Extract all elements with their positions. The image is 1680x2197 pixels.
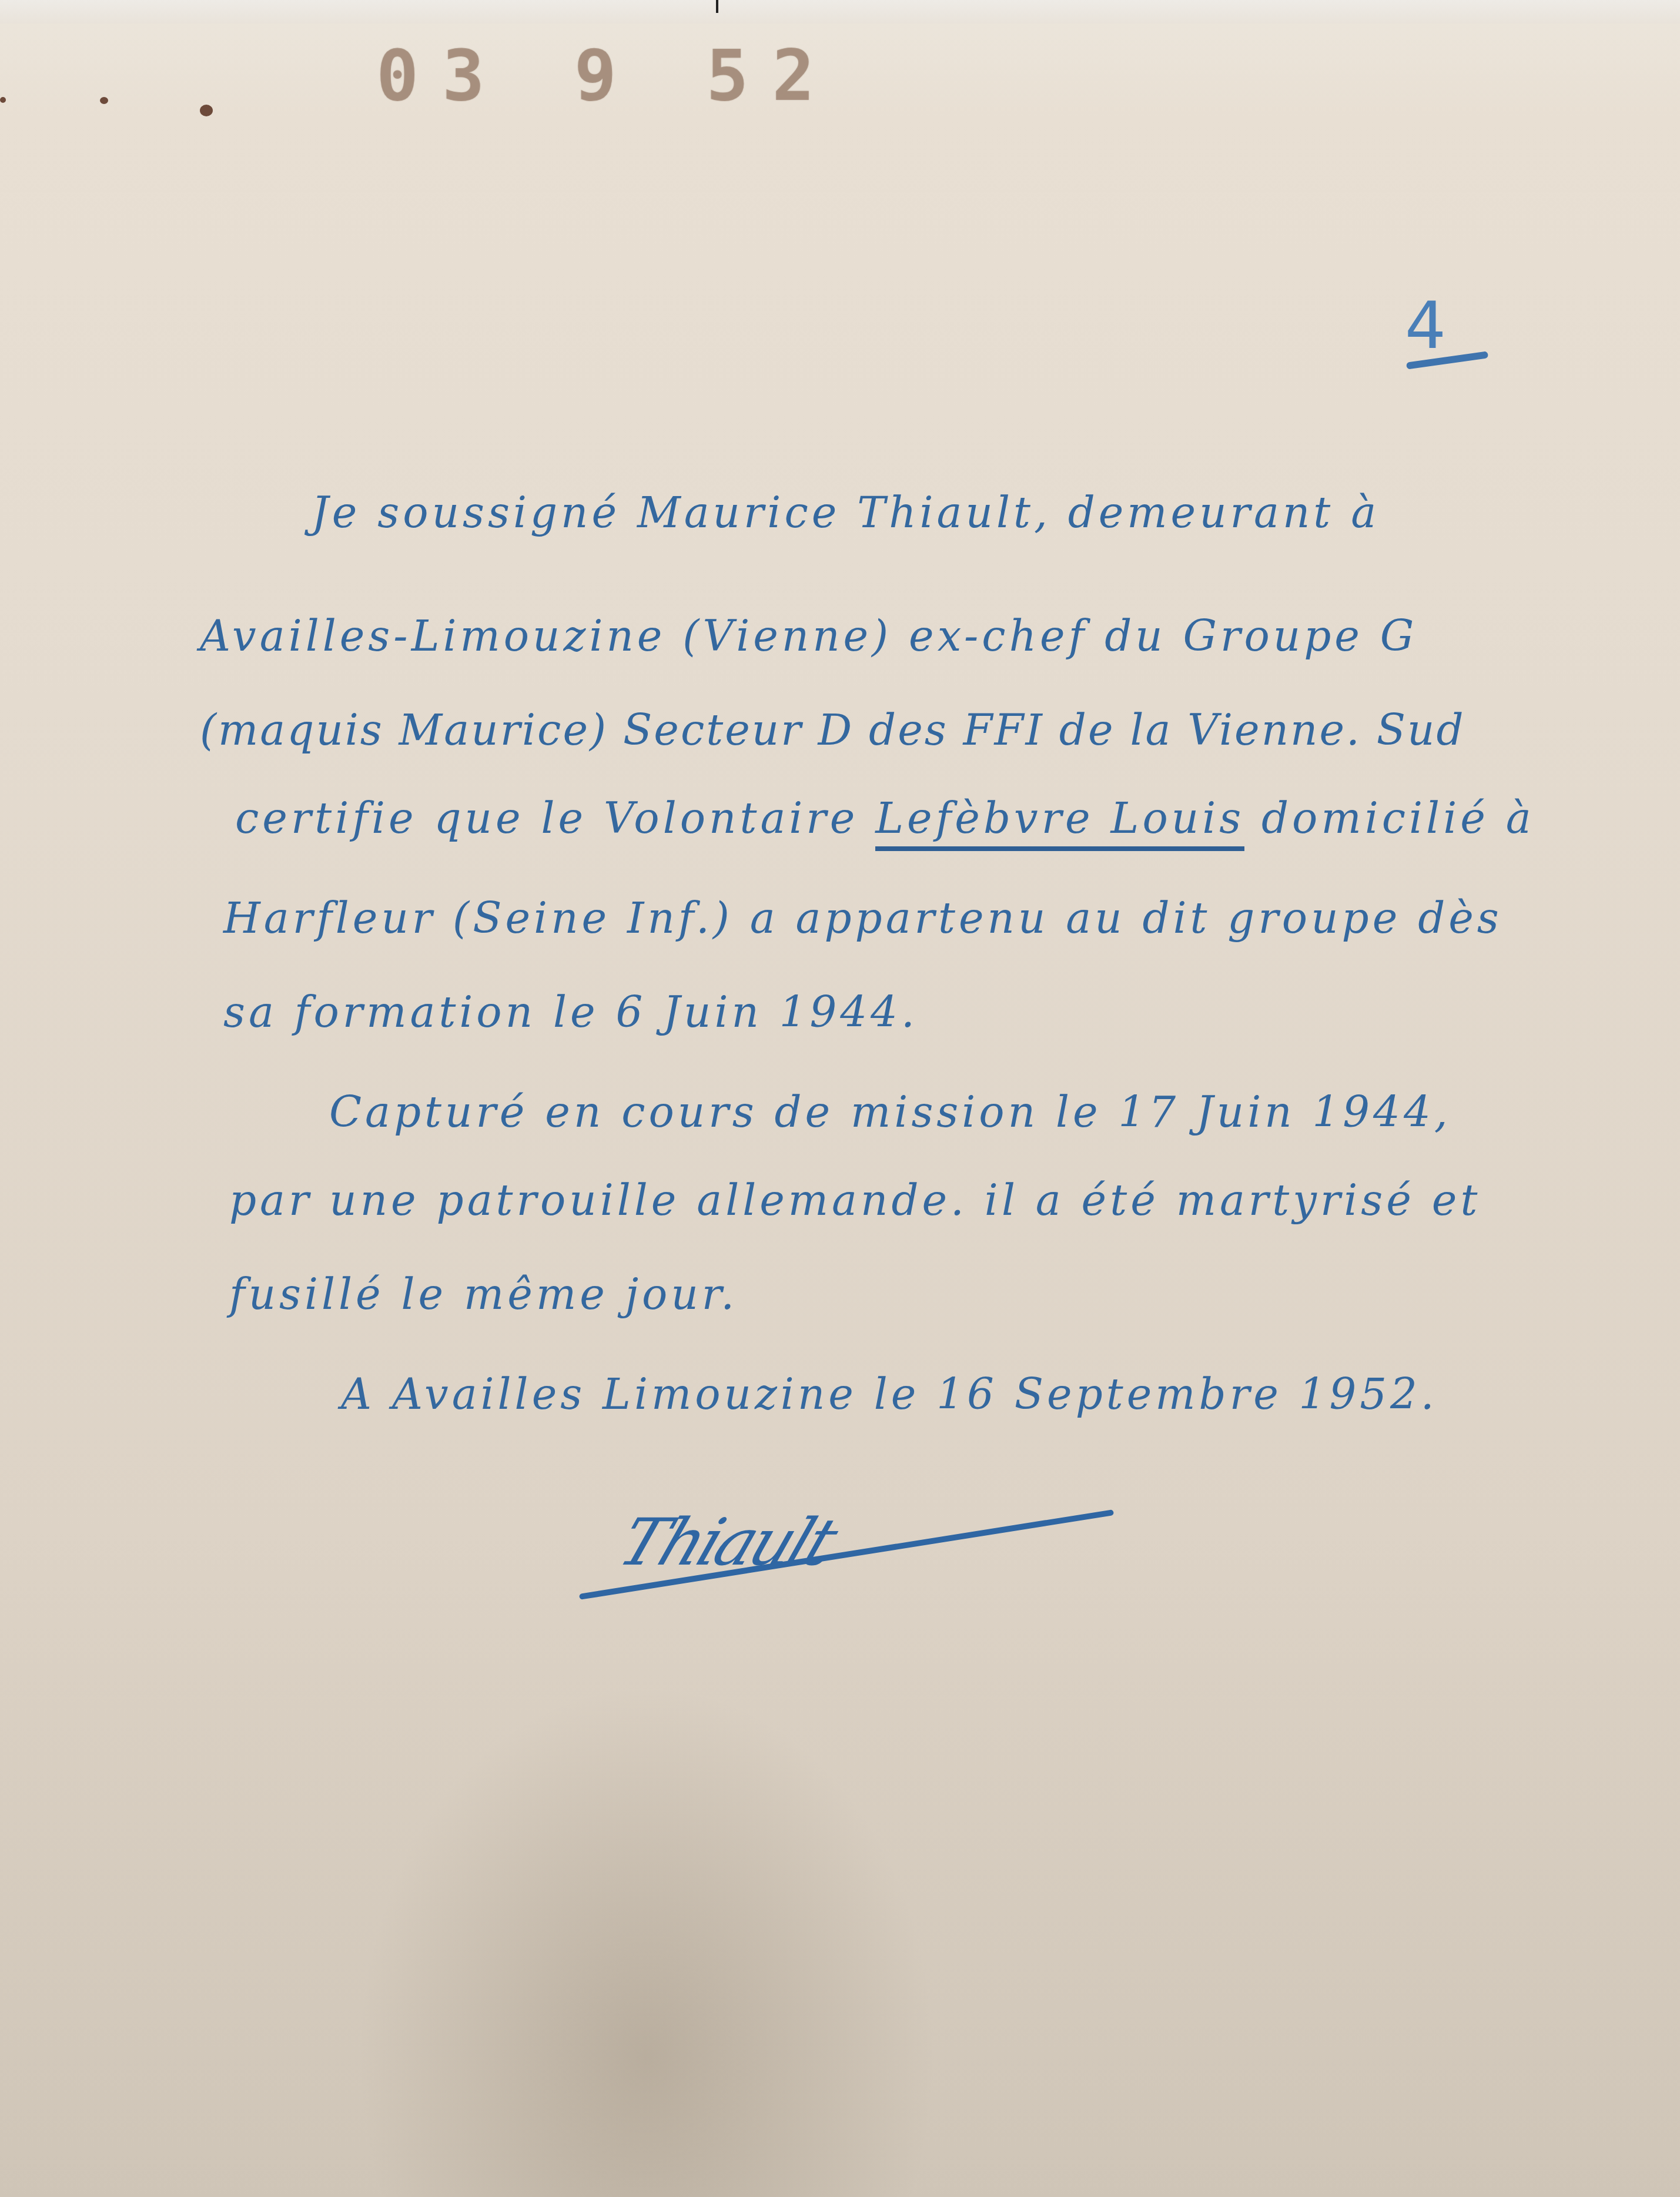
certifie-text: certifie que le Volontaire: [235, 793, 858, 843]
volunteer-name: Lefèbvre Louis: [875, 793, 1244, 851]
body-line-5: Harfleur (Seine Inf.) a appartenu au dit…: [223, 893, 1502, 943]
body-line-1: Je soussigné Maurice Thiault, demeurant …: [312, 488, 1380, 537]
body-line-6: sa formation le 6 Juin 1944.: [223, 987, 918, 1037]
paper-blemish: [0, 97, 6, 103]
signature: Thiault: [610, 1505, 845, 1580]
body-line-8: par une patrouille allemande. il a été m…: [229, 1175, 1481, 1225]
body-line-7: Capturé en cours de mission le 17 Juin 1…: [329, 1087, 1451, 1137]
document-page: 03 9 52 4 Je soussigné Maurice Thiault, …: [0, 0, 1680, 2197]
body-line-4: certifie que le Volontaire Lefèbvre Loui…: [235, 793, 1535, 843]
domicilie-text: domicilié à: [1261, 793, 1535, 843]
place-date-line: A Availles Limouzine le 16 Septembre 195…: [341, 1369, 1438, 1419]
body-line-9: fusillé le même jour.: [229, 1270, 738, 1319]
perforated-number: 03 9 52: [376, 35, 838, 117]
body-line-2: Availles-Limouzine (Vienne) ex-chef du G…: [200, 611, 1417, 661]
binding-mark: [716, 0, 718, 13]
paper-top-edge: [0, 0, 1680, 24]
paper-blemish: [100, 97, 108, 104]
body-line-3: (maquis Maurice) Secteur D des FFI de la…: [200, 705, 1465, 755]
paper-blemish: [200, 105, 213, 116]
page-number: 4: [1405, 288, 1446, 363]
